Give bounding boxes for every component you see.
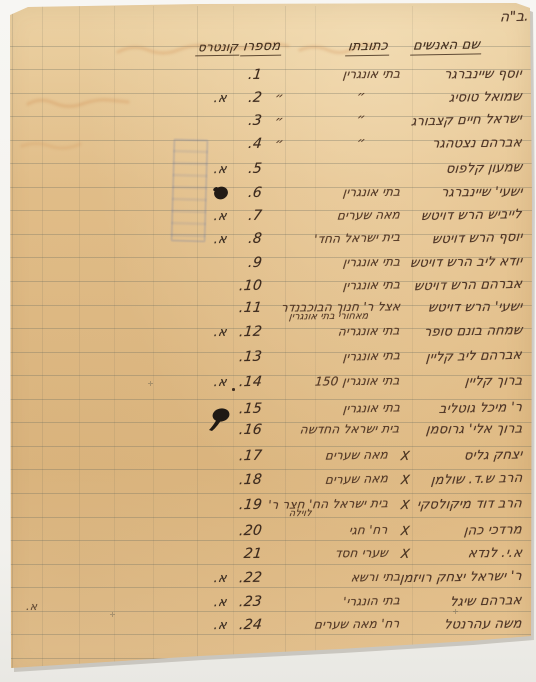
kuntres-mark: א. [213,374,227,389]
row-number: .6 [235,185,263,201]
pencil-tick [453,609,458,614]
address-second-line: מאחורי בתי אונגרין [288,311,369,323]
address: שערי חסד [334,546,389,561]
row-number: .14 [235,374,263,390]
table-row: .8א.יוסף הרש דויטשבית ישראל החד' [0,231,536,253]
table-row: .22א.ר' ישראל יצחק רויזמןבתי ורשא [0,570,536,592]
row-number: .24 [235,617,263,633]
kuntres-mark: א. [214,594,228,609]
person-name: א.י. לנדא [467,546,523,562]
person-name: מרדכי כהן [463,522,522,538]
address: בית ישראל הח' חצר ר' [267,496,389,512]
column-header-address: כתובתו [345,39,391,57]
column-header-kuntres: קונטרס [195,40,241,57]
address: בתי אונגרין [342,67,401,82]
row-number: .7 [235,208,263,225]
person-name: אברהם שיגל [450,593,523,610]
x-mark: X [401,472,411,487]
row-number: .15 [235,401,263,418]
row-number: .3 [235,113,263,130]
table-row: .3ישראל חיים קצבורג״ ״ [0,113,536,135]
pencil-tick [148,381,153,386]
table-row: .17יצחק גליסXמאה שערים [0,448,536,470]
row-number: .10 [235,278,263,295]
person-name: אברהם הרש דויטש [413,277,523,295]
person-name: אברהם נצטהגר [431,135,522,151]
column-header-number: מספרו [240,39,283,57]
x-mark: X [400,546,410,561]
row-number: .5 [235,161,263,178]
address: בתי הונגרי' [342,593,400,609]
bsd-inscription: ב"ה. [500,8,530,25]
kuntres-mark: א. [213,208,227,223]
person-name: ר' מיכל גוטליב [438,400,523,417]
kuntres-mark: א. [213,617,227,632]
person-name: יודא ליב הרש דויטש [409,254,523,271]
table-row: .4אברהם נצטהגר״ ״ [0,136,536,158]
table-row: .6ישעי' שיינברגרבתי אונגרין [0,185,536,207]
row-number: 21 [235,546,263,562]
row-number: .1 [235,67,263,83]
table-row: .20מרדכי כהןXרח' חגי [0,523,536,545]
pencil-tick [110,612,115,617]
address: בתי אונגרין [342,277,401,292]
person-name: לייביש הרש דויטש [421,207,523,224]
person-name: משה עהרנטל [444,616,523,632]
address: בתי אונגריה [337,323,400,338]
table-row: .10אברהם הרש דויטשבתי אונגרין [0,278,536,300]
row-number: .17 [235,448,263,465]
person-name: הרב דוד מיקולסקי [416,496,523,513]
table-row: .12א.שמחה בונם סופרבתי אונגריה [0,324,536,346]
kuntres-mark: א. [214,231,228,246]
address: מאה שערים [324,471,388,487]
address: בתי אונגרין 150 [314,373,400,388]
person-name: יוסף הרש דויטש [431,230,523,248]
address: בית ישראל החדשה [300,421,401,436]
person-name: יוסף שיינברגר [443,67,522,83]
person-name: ישראל חיים קצבורג [410,111,522,129]
x-mark: X [400,497,410,512]
address-second-line: לוילה [289,508,313,519]
person-name: יצחק גליס [463,447,523,463]
table-row: .9יודא ליב הרש דויטשבתי אונגרין [0,255,536,277]
person-name: ברוך אלי' גרוסמן [425,421,523,437]
row-number: .11 [235,300,263,316]
row-number: .2 [235,90,263,107]
table-row: .18הרב ש.ד. שולמןXמאה שערים [0,472,536,494]
person-name: הרב ש.ד. שולמן [430,471,523,489]
address: רח' מאה שערים [314,616,401,631]
ink-blot [204,404,234,434]
row-number: .4 [235,136,263,152]
table-row: .24א.משה עהרנטלרח' מאה שערים [0,617,536,639]
address: בתי ורשא [350,570,401,585]
address: ״ ״ [274,135,366,151]
row-number: .18 [235,472,263,489]
table-row: 21א.י. לנדאXשערי חסד [0,546,536,568]
address: בית ישראל החד' [313,230,401,246]
row-number: .8 [235,231,263,248]
column-header-name: שם האנשים [410,37,483,55]
person-name: אברהם ליב קליין [426,348,523,366]
table-row: .7א.לייביש הרש דויטשמאה שערים [0,208,536,230]
person-name: שמעון קלפוס [445,160,523,177]
table-row: .11ישעי' הרש דויטשאצל ר' חנוך הבוכבנדרמא… [0,300,536,322]
kuntres-mark: א. [213,324,227,339]
margin-mark: א. [26,600,37,613]
table-row: .14א.ברוך קלייןבתי אונגרין 150 [0,374,536,396]
table-row: .1יוסף שיינברגרבתי אונגרין [0,67,536,89]
table-row: .16ברוך אלי' גרוסמןבית ישראל החדשה [0,422,536,444]
person-name: ישעי' הרש דויטש [427,299,523,315]
address: בתי אונגרין [342,348,401,364]
table-row: .13אברהם ליב קלייןבתי אונגרין [0,349,536,371]
kuntres-mark: א. [213,90,227,105]
person-name: ישעי' שיינברגר [440,185,523,201]
person-name: שמואל טוסיג [449,89,523,105]
row-number: .13 [235,349,263,366]
person-name: ברוך קליין [464,374,523,390]
x-mark: X [400,448,410,463]
stray-ink-dot [232,388,235,391]
table-row: .2א.שמואל טוסיג״ ״ [0,90,536,112]
row-number: .22 [235,570,263,587]
address: ״ ״ [274,89,366,106]
kuntres-mark: א. [214,161,228,176]
address: ״ ״ [274,112,366,130]
row-number: .12 [235,324,263,341]
person-name: ר' ישראל יצחק רויזמן [399,569,522,586]
address: מאה שערים [336,207,401,222]
ink-blot [208,182,234,204]
table-row: .15ר' מיכל גוטליבבתי אונגרין [0,401,536,423]
table-row: .19הרב דוד מיקולסקיXבית ישראל הח' חצר ר'… [0,497,536,519]
person-name: שמחה בונם סופר [423,323,523,340]
address: בתי אונגרין [342,400,401,415]
row-number: .23 [235,594,263,611]
row-number: .16 [235,422,263,438]
address: בתי אונגרין [342,255,401,270]
table-row: .5א.שמעון קלפוס [0,161,536,183]
x-mark: X [400,523,410,538]
address: בתי אונגרין [342,185,401,200]
row-number: .19 [235,497,263,513]
address: רח' חגי [349,523,389,538]
ledger-page: ב"ה. שם האנשים כתובתו מספרו קונטרס .1יוס… [0,0,536,682]
row-number: .20 [235,523,263,540]
address: מאה שערים [324,447,389,462]
kuntres-mark: א. [213,570,227,585]
row-number: .9 [235,255,263,271]
